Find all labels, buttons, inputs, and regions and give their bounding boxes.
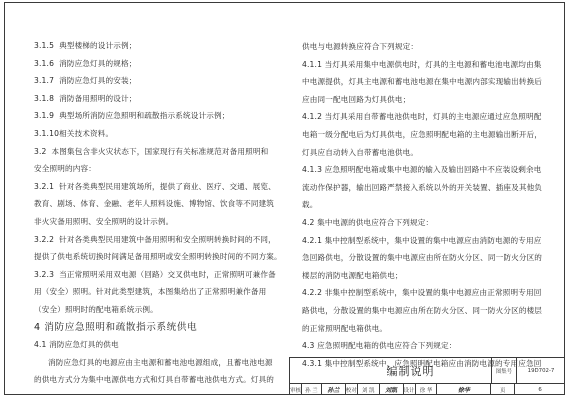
- clause-3-2-2: 3.2.2针对各类典型民用建筑中备用照明和安全照明转换时间的不同，: [34, 231, 274, 249]
- check-label: 校对: [346, 384, 358, 395]
- clause-3-2-2-cont: 提供了供电系统切换时间满足备用照明或安全照明转换时间的不同方案。: [34, 248, 274, 266]
- title-block: 编制说明 图集号 19D702-7 审核 孙 兰 孙兰 校对 刘 凯 刘凯 设计…: [289, 357, 565, 395]
- clause-3-1-9: 3.1.9典型场所消防应急照明和疏散指示系统设计示例；: [34, 107, 274, 125]
- checker-signature: 刘凯: [380, 384, 404, 395]
- clause-4-1-2-cont2: 灯具应自动转入自带蓄电池供电。: [302, 144, 554, 162]
- clause-3-2-3-cont: 用（安全）照明。针对此类型建筑，本图集给出了正常照明兼作备用: [34, 283, 274, 301]
- clause-4-1-2-cont: 电箱一级分配电后为灯具供电，应急照明配电箱的主电源输出断开后，: [302, 126, 554, 144]
- clause-4-1-1-cont2: 应由同一配电回路为灯具供电；: [302, 91, 554, 109]
- left-column: 3.1.5典型楼梯的设计示例； 3.1.6消防应急灯具的规格； 3.1.7消防应…: [34, 37, 274, 389]
- section-4-1-para-line1: 消防应急灯具的电源应由主电源和蓄电池电源组成，且蓄电池电源: [34, 354, 274, 372]
- clause-3-2-1-cont: 教育、剧场、体育、金融、老年人照料设施、博物馆、饮食等不同建筑: [34, 195, 274, 213]
- clause-3-2: 3.2本图集包含非火灾状态下，国家现行有关标准规范对备用照明和: [34, 143, 274, 161]
- clause-4-2-2-cont2: 的正常照明配电箱供电。: [302, 320, 554, 338]
- clause-4-2-2-cont: 路供电，分散设置的集中电源应由所在防火分区、同一防火分区的楼层: [302, 302, 554, 320]
- clause-4-1-1-cont: 中电源提供，灯具主电源和蓄电池电源在集中电源内部实现输出转换后: [302, 73, 554, 91]
- clause-3-1-10: 3.1.10相关技术资料。: [34, 125, 274, 143]
- clause-3-2-1-cont2: 非火灾备用照明、安全照明的设计示例。: [34, 213, 274, 231]
- clause-3-1-6: 3.1.6消防应急灯具的规格；: [34, 55, 274, 73]
- clause-3-2-1: 3.2.1针对各类典型民用建筑场所，提供了商业、医疗、交通、展览、: [34, 178, 274, 196]
- clause-3-1-8: 3.1.8消防备用照明的设计；: [34, 90, 274, 108]
- designer-signature: 徐华: [437, 384, 491, 395]
- atlas-number: 19D702-7: [516, 358, 566, 383]
- reviewer-name: 孙 兰: [302, 384, 322, 395]
- page-number: 6: [515, 384, 565, 395]
- clause-3-2-cont: 安全照明的内容：: [34, 160, 274, 178]
- clause-4-1-3-cont2: 载。: [302, 196, 554, 214]
- section-4-1-heading: 4.1 消防应急灯具的供电: [34, 336, 274, 354]
- designer-name: 徐 华: [416, 384, 438, 395]
- clause-4-2-1-cont: 急回路供电，分散设置的集中电源应由所在防火分区、同一防火分区的: [302, 249, 554, 267]
- title-block-row-title: 编制说明 图集号 19D702-7: [290, 358, 565, 384]
- clause-3-2-3: 3.2.3当正常照明采用双电源（回路）交叉供电时，正常照明可兼作备: [34, 266, 274, 284]
- clause-4-1-1: 4.1.1 当灯具采用集中电源供电时，灯具的主电源和蓄电池电源均由集: [302, 56, 554, 74]
- clause-4-1-3: 4.1.3 应急照明配电箱或集中电源的输入及输出回路中不应装设剩余电: [302, 161, 554, 179]
- section-4-heading: 4 消防应急照明和疏散指示系统供电: [34, 319, 274, 337]
- clause-4-1-2: 4.1.2 当灯具采用自带蓄电池供电时，灯具的主电源应通过应急照明配: [302, 108, 554, 126]
- design-label: 设计: [404, 384, 416, 395]
- review-label: 审核: [290, 384, 302, 395]
- right-line-0: 供电与电源转换应符合下列规定：: [302, 38, 554, 56]
- clause-4-2-2: 4.2.2 非集中控制型系统中，集中设置的集中电源应由正常照明专用回: [302, 284, 554, 302]
- title-block-row-signatures: 审核 孙 兰 孙兰 校对 刘 凯 刘凯 设计 徐 华 徐华 页 6: [290, 384, 565, 395]
- section-4-1-para-line2: 的供电方式分为集中电源供电方式和灯具自带蓄电池供电方式。灯具的: [34, 371, 274, 389]
- clause-3-1-5: 3.1.5典型楼梯的设计示例；: [34, 37, 274, 55]
- clause-4-2: 4.2 集中电源的供电应符合下列规定：: [302, 214, 554, 232]
- clause-4-2-1: 4.2.1 集中控制型系统中，集中设置的集中电源应由消防电源的专用应: [302, 232, 554, 250]
- atlas-number-label: 图集号: [492, 358, 517, 383]
- right-column: 供电与电源转换应符合下列规定： 4.1.1 当灯具采用集中电源供电时，灯具的主电…: [302, 38, 554, 372]
- checker-name: 刘 凯: [358, 384, 380, 395]
- clause-3-1-7: 3.1.7消防应急灯具的安装；: [34, 72, 274, 90]
- page-label: 页: [491, 384, 515, 395]
- clause-4-2-1-cont2: 楼层的消防电源配电箱供电；: [302, 267, 554, 285]
- clause-4-3: 4.3 应急照明配电箱的供电应符合下列规定：: [302, 337, 554, 355]
- clause-3-2-3-cont2: （安全）照明时的配电箱系统示例。: [34, 301, 274, 319]
- drawing-title: 编制说明: [290, 358, 492, 383]
- clause-4-1-3-cont: 流动作保护器，输出回路严禁接入系统以外的开关装置、插座及其他负: [302, 179, 554, 197]
- reviewer-signature: 孙兰: [322, 384, 346, 395]
